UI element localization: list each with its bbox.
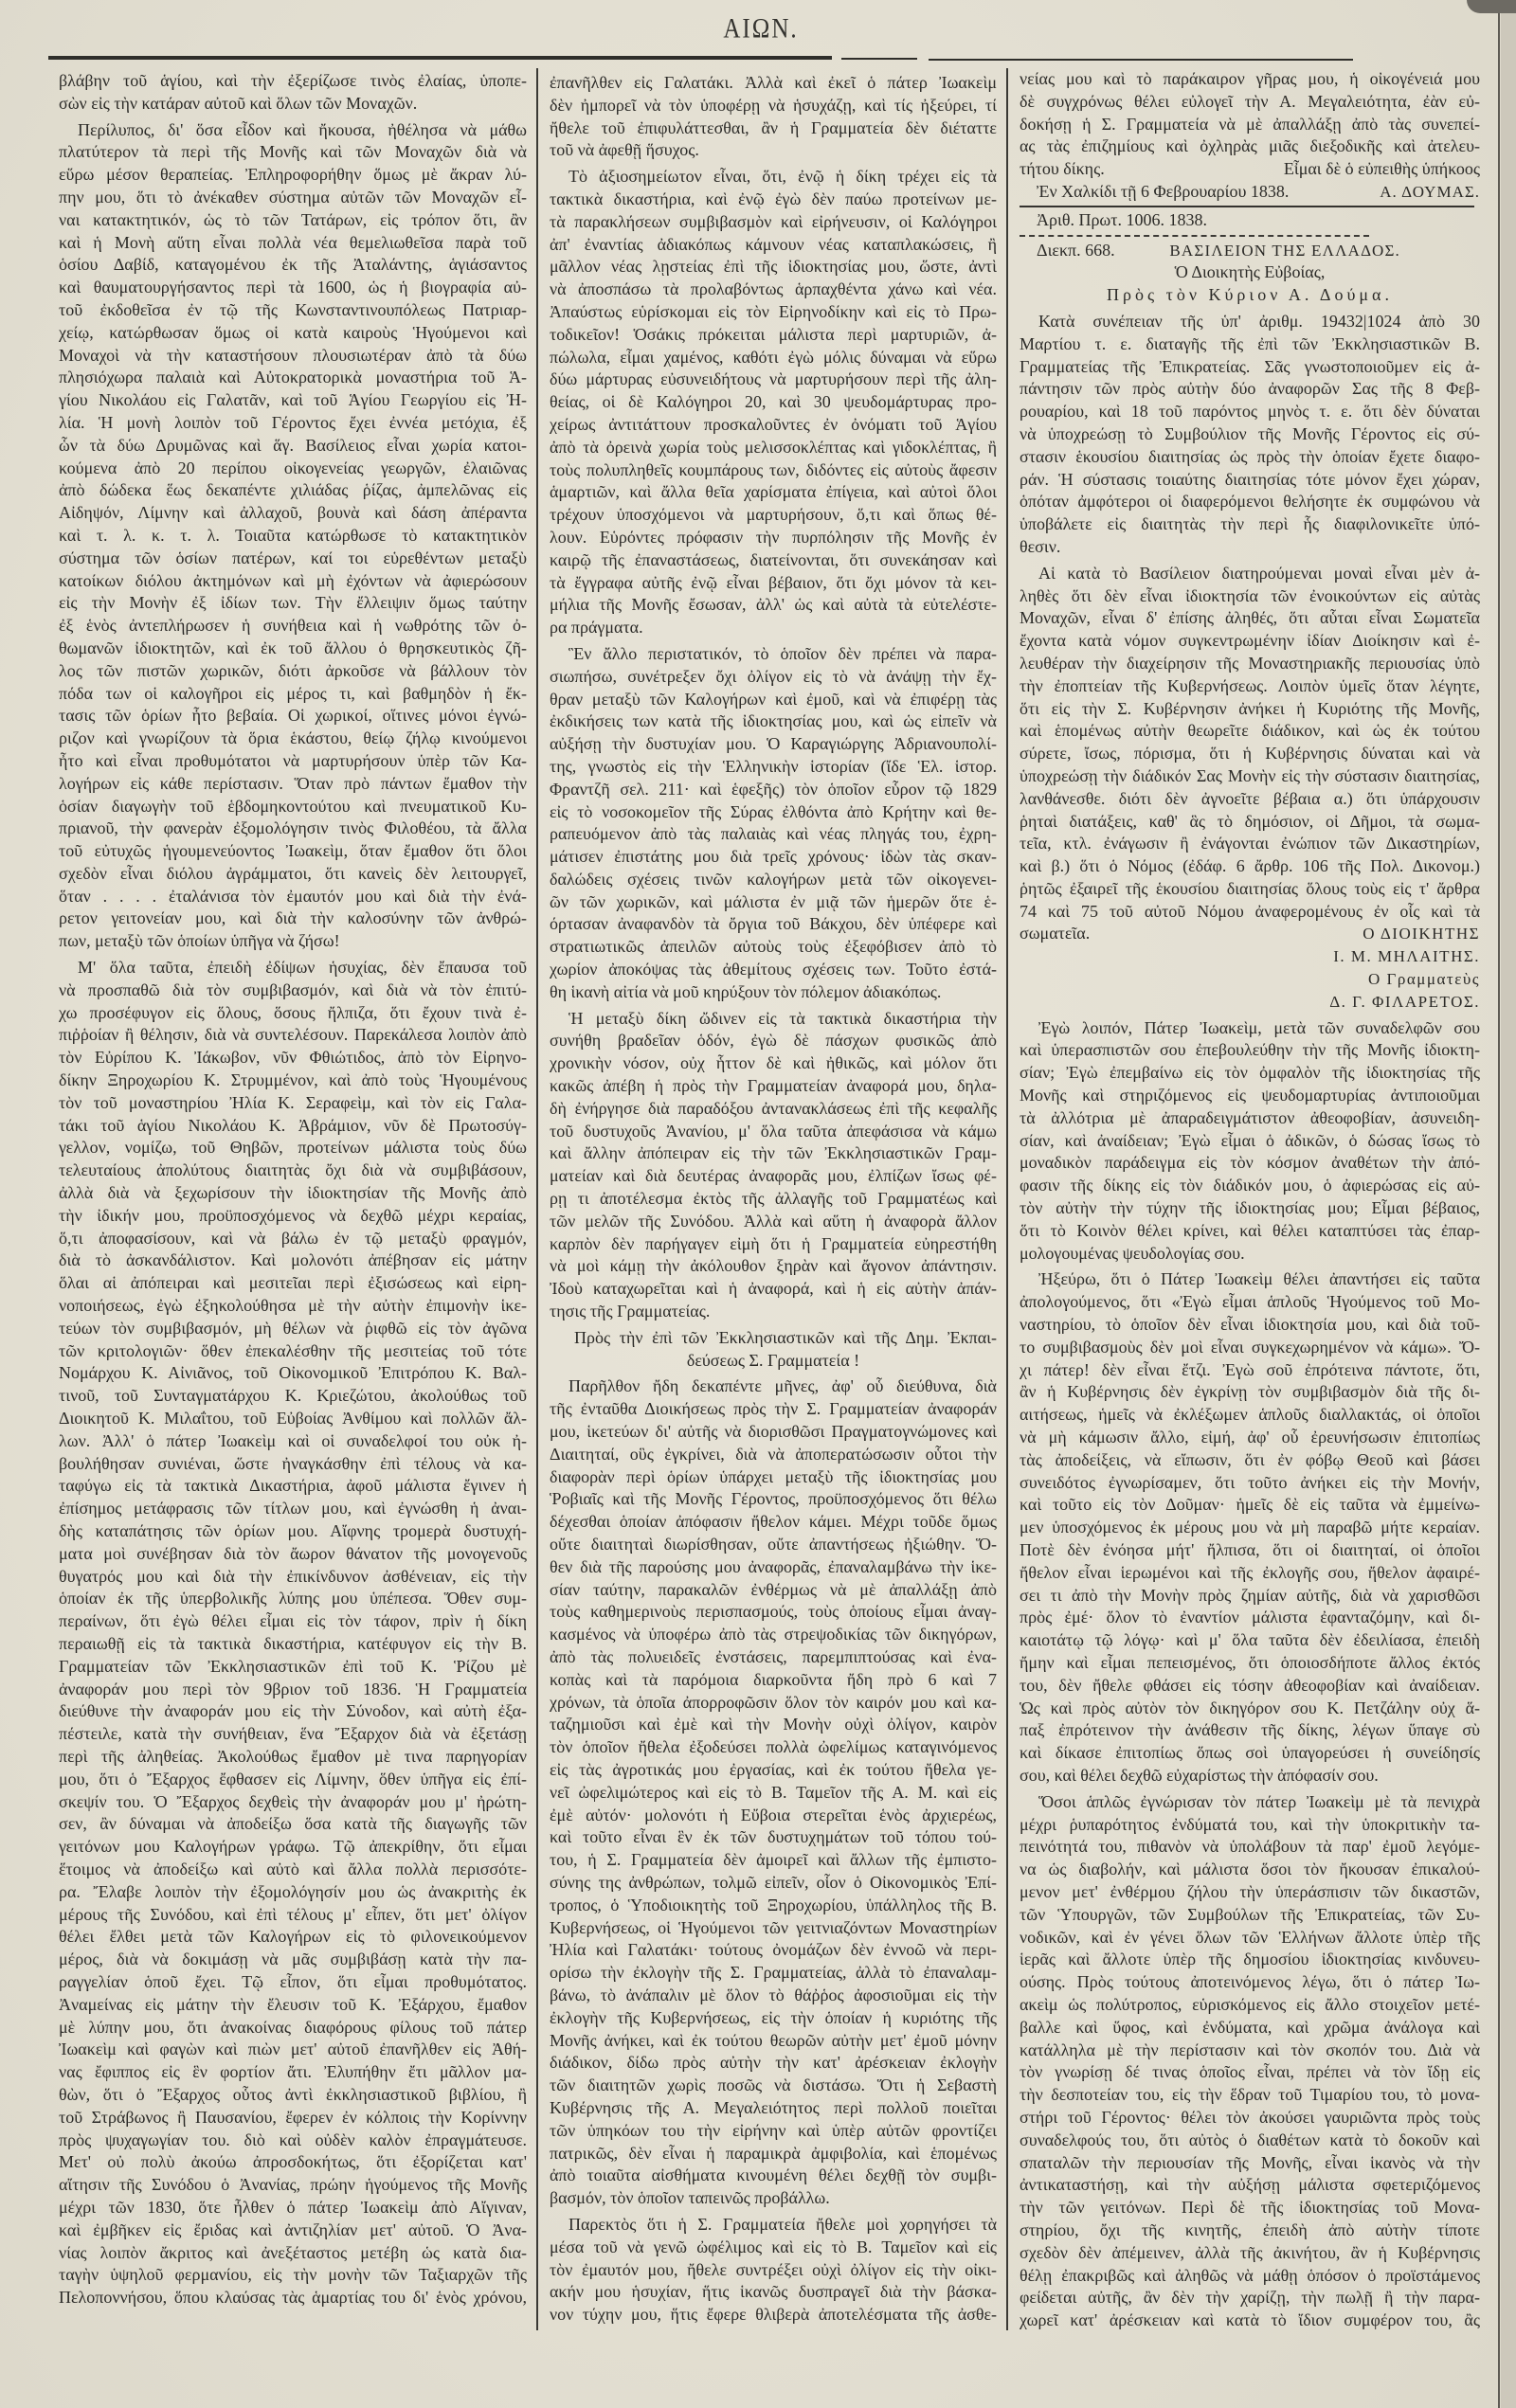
text-line-content: χι πάτερ! δὲν εἶναι ἔτζι. Ἐγὼ σοῦ ἐπρότε… <box>1020 1360 1480 1379</box>
text-line: θέλῃ ἐπακριβῶς καὶ ἀληθῶς νὰ μάθῃ ὁπόσον… <box>1020 2265 1480 2288</box>
text-line: ακεὶμ ὡς πολύτροπος, εὑρισκόμενος εἰς ἄλ… <box>1020 1994 1480 2017</box>
text-line-content: λογήρων εἰς κάθε περίστασιν. Ὅταν πρὸ πά… <box>59 774 527 793</box>
text-line: ὁσίαν διαγωγὴν τοῦ ἑβδομηκοντούτου καὶ π… <box>59 796 527 818</box>
text-line-content: καὶ ἡ Μονὴ αὕτη εἶναι πολλὰ νέα θεμελιωθ… <box>59 233 527 252</box>
text-line-content: νοποιήσεως, ἐγὼ ἐξηκολούθησα μὲ τὴν αὐτὴ… <box>59 1296 527 1315</box>
text-line-content: λευθέραν τὴν διαχείρησιν τῆς Μοναστηριακ… <box>1020 654 1480 673</box>
text-line: νὰ ὑποχρεώσῃ τὸ Συμβούλιον τῆς Μονῆς Γέρ… <box>1020 423 1480 446</box>
text-line: σύρετε, ἴσως, πόρισμα, ὅτι ἡ Κυβέρνησις … <box>1020 743 1480 765</box>
text-line-content: Μονῆς ἀνήκει, καὶ ἐκ τούτου θεωρῶν αὐτὴν… <box>550 2031 997 2050</box>
text-line: πλατύτερον τὰ περὶ τῆς Μονῆς καὶ τῶν Μον… <box>59 141 527 164</box>
text-line: Ἀναμείνας εἰς μάτην τὴν ἔλευσιν τοῦ Κ. Ἐ… <box>59 1994 527 2017</box>
text-line-content: καὶ τοῦτο εἶναι ἓν ἐκ τῶν δυστυχημάτων τ… <box>550 1827 997 1846</box>
text-line-content: Γραμματείαν τῶν Ἐκκλησιαστικῶν ἐπὶ τοῦ Κ… <box>59 1657 527 1676</box>
text-line: βλάβην τοῦ ἁγίου, καὶ τὴν ἐξερίζωσε τινὸ… <box>59 70 527 93</box>
text-line: τασις τῶν ὁρίων ἦτο βεβαία. Οἱ χωρικοί, … <box>59 705 527 728</box>
text-line-content: λία. Ἡ μονὴ λοιπὸν τοῦ Γέροντος ἔχει ἐνν… <box>59 413 527 432</box>
text-line-content: φείδεται αὐτῆς, ἂν δὲν τὴν χαρίζῃ, τὴν π… <box>1020 2288 1480 2307</box>
text-line: λογήρων εἰς κάθε περίστασιν. Ὅταν πρὸ πά… <box>59 773 527 796</box>
text-line-content: νὰ μὴ κάμωσιν ἄλλο, εἰμή, ἀφ' οὗ ἐρευνήσ… <box>1020 1428 1480 1447</box>
text-line-content: μέχρι ῥυπαρότητος ἐνδύματά του, καὶ τὴν … <box>1020 1815 1480 1834</box>
text-line-content: ἐξ ἑνὸς ἀντεπλήρωσεν ἡ συνήθεια καὶ ἡ νω… <box>59 616 527 635</box>
text-line-content: Παρεκτὸς ὅτι ἡ Σ. Γραμματεία ἤθελε μοὶ χ… <box>568 2215 997 2234</box>
text-line-content: βασμόν, τὸν ὁποῖον ταπεινῶς προβάλλω. <box>550 2188 830 2207</box>
text-line: σπαταλῶν τὴν περιουσίαν τῆς Μονῆς, εἶναι… <box>1020 2152 1480 2175</box>
text-line-content: του, ἡ Σ. Γραμματεία δὲν ἀμοιρεῖ καὶ ἄλλ… <box>550 1850 997 1869</box>
text-line: Παρεκτὸς ὅτι ἡ Σ. Γραμματεία ἤθελε μοὶ χ… <box>550 2214 997 2237</box>
text-line-content: τὴν τῶν γειτόνων. Περὶ δὲ τῆς ἰδιοκτησία… <box>1020 2198 1480 2217</box>
text-line-content: μέχρι τῶν 1830, ὅτε ἦλθεν ὁ πάτερ Ἰωακεὶ… <box>59 2198 527 2217</box>
text-line-content: πρὸς ψυχαγωγίαν του. διὸ καὶ οὐδὲν καλὸν… <box>59 2130 527 2149</box>
text-line-content: τοὺς καθημερινοὺς περισπασμούς, τοὺς ὁπο… <box>550 1602 997 1621</box>
text-line: τὰ ἔγγραφα αὐτῆς ἐνῷ εἶναι βέβαιον, ὅτι … <box>550 572 997 595</box>
text-line: καὶ θαυματουργήσαντος περὶ τὰ 1600, ὡς ἡ… <box>59 277 527 299</box>
text-line-content: δὲ συγχρόνως θέλει εὐλογεῖ τὴν Α. Μεγαλε… <box>1020 92 1480 111</box>
text-line-content: καὶ δίκασε ἐπιτοπίως ὅπως σοὶ ὑπαγορεύσε… <box>1020 1743 1480 1762</box>
text-line: τὴν ἐποπτείαν τῆς Κυβερνήσεως. Λοιπὸν ὑμ… <box>1020 675 1480 698</box>
text-line-content: ἀναφοράν μου περὶ τὸν 9βριον τοῦ 1836. Ἡ… <box>59 1680 527 1698</box>
text-line-content: ακεὶμ ὡς πολύτροπος, εὑρισκόμενος εἰς ἄλ… <box>1020 1995 1480 2014</box>
text-line-content: λων. Ἀλλ' ὁ πάτερ Ἰωακεὶμ καὶ οἱ συναδελ… <box>59 1431 527 1450</box>
text-line: ούσης. Πρὸς τούτους ἀποτεινόμενος λέγω, … <box>1020 1971 1480 1994</box>
text-line-content: ταζημιοῦσι καὶ ἐμὲ καὶ τὴν Μονὴν οὐχὶ ὀλ… <box>550 1715 997 1734</box>
text-line: φασιν τῆς δίκης εἰς τὸν διάδικόν μου, ὁ … <box>1020 1175 1480 1197</box>
text-line-content: θυγατρός μου καὶ διὰ τὴν ἐπικίνδυνον ἀσθ… <box>59 1567 527 1586</box>
text-line-content: πατρικῶς, δὲν εἶναι ἡ παραμικρὰ ἀμφιβολί… <box>550 2144 997 2163</box>
text-line-content: 74 καὶ 75 τοῦ αὐτοῦ Νόμου ἀναφερομένους … <box>1020 902 1480 921</box>
text-line-content: μᾶλλον νέας λῃστείας ἐπὶ τῆς ἰδιοκτησίας… <box>550 257 997 276</box>
text-line-content: νείας μου καὶ τὸ παράκαιρον γῆρας μου, ἡ… <box>1020 69 1480 88</box>
text-line-content: λουν. Εὑρόντες πρόφασιν τὴν πυρπόλησιν τ… <box>550 528 997 547</box>
text-line: σου, καὶ θέλει δεχθῶ εὐχαρίστως τὴν ἀπόφ… <box>1020 1765 1480 1788</box>
text-line-content: καὶ β.) ὅτι ὁ Νόμος (ἐδάφ. 6 ἄρθρ. 106 τ… <box>1020 856 1480 875</box>
text-line: καὶ ἑπομένως αὐτὴν θεωρεῖτε διάδικον, κα… <box>1020 720 1480 743</box>
text-line-content: περὶ τῆς ἀληθείας. Ἀκολούθως ἔμαθον μὲ τ… <box>59 1747 527 1766</box>
text-line: Διαιτηταί, οὓς ἐγκρίνει, διὰ νὰ ἀποπερατ… <box>550 1444 997 1466</box>
section-heading: Πρὸς τὴν ἐπὶ τῶν Ἐκκλησιαστικῶν καὶ τῆς … <box>550 1327 997 1373</box>
text-line-content: νοδικῶν, καὶ ἐν γένει ὅλων τῶν Ἑλλήνων ἄ… <box>1020 1928 1480 1947</box>
text-line-content: τὸν ὁποῖον ἤθελα ἐξοδεύσει πολλὰ ὠφελίμω… <box>550 1737 997 1756</box>
closing-line: τήτου δίκης.Εἶμαι δὲ ὁ εὐπειθὴς ὑπήκοος <box>1020 158 1480 181</box>
text-line: πριανοῦ, τὴν φανερὰν ἐξομολόγησιν τινὸς … <box>59 818 527 840</box>
text-line: Μονῆς ἀνήκει, καὶ ἐκ τούτου θεωρῶν αὐτὴν… <box>550 2030 997 2053</box>
text-line: περὶ τῆς ἀληθείας. Ἀκολούθως ἔμαθον μὲ τ… <box>59 1746 527 1769</box>
text-line-content: Μ' ὅλα ταῦτα, ἐπειδὴ ἐδίψων ἡσυχίας, δὲν… <box>78 958 527 977</box>
text-line-content: δὴς καταπάτησις τῶν ὁρίων μου. Αἴφνης τρ… <box>59 1521 527 1540</box>
text-line: ἂν ἡ Κυβέρνησις δὲν ἐγκρίνῃ τὸν συμβιβασ… <box>1020 1381 1480 1404</box>
text-line-content: Μοναχοὶ νὰ τὴν καταστήσουν πλουσιωτέραν … <box>59 346 527 365</box>
text-line: σχεδὸν εἶναι διόλου ἀγράμματοι, ὅτι κανε… <box>59 863 527 886</box>
text-line: ὅτι εἰς τὴν Σ. Κυβέρνησιν ἀνήκει ἡ Κυριό… <box>1020 698 1480 721</box>
text-line: καὶ τοῦτο εἶναι ἓν ἐκ τῶν δυστυχημάτων τ… <box>550 1826 997 1849</box>
text-line: δοκήσῃ ἡ Σ. Γραμματεία νὰ μὲ ἀπαλλάξῃ ἀπ… <box>1020 114 1480 136</box>
text-line-content: δέχεσθαι ὁποίαν ἀπόφασιν ἤθελον κάμει. Μ… <box>550 1512 997 1531</box>
text-line: τακτικὰ δικαστήρια, καὶ ἐνῷ ἐγὼ δὲν παύω… <box>550 189 997 211</box>
text-line-content: διαφορὰν περὶ ὁρίων ὑπάρχει μεταξὺ τῆς ἰ… <box>550 1467 997 1486</box>
text-line-content: περαίνων, ὅτι ἐγὼ θέλει εἶμαι εἰς τὸν τά… <box>59 1611 527 1630</box>
text-line-content: βλάβην τοῦ ἁγίου, καὶ τὴν ἐξερίζωσε τινὸ… <box>59 71 527 90</box>
text-line-content: γίου Νικολάου εἰς Γαλατᾶν, καὶ τοῦ Ἁγίου… <box>59 390 527 409</box>
text-line-content: ἤμην καὶ εἶμαι πεπεισμένος, ὅτι ὁποιοσδή… <box>1020 1653 1480 1672</box>
text-line-content: τοῦ ἐκδοθεῖσα ἐν τῷ τῆς Κωνσταντινουπόλε… <box>59 300 527 319</box>
text-line-content: ἐκλογὴν τῆς Κυβερνήσεως, εἰς τὴν ὁποίαν … <box>550 2008 997 2027</box>
text-line-content: ἀπ' ἐναντίας ἀδιακόπως κάμνουν νέας κατα… <box>550 235 997 254</box>
text-line: πάντησιν τῶν πρὸς αὐτὴν δύο ἀναφορῶν Σας… <box>1020 378 1480 401</box>
text-line-content: πάντησιν τῶν πρὸς αὐτὴν δύο ἀναφορῶν Σας… <box>1020 379 1480 398</box>
text-line: ας τὰς ἐπιζημίους καὶ ὀχληρὰς μιᾶς διεξο… <box>1020 135 1480 158</box>
text-line: καὶ ἄλλην ἀπόπειραν εἰς τὴν τῶν Ἐκκλησια… <box>550 1142 997 1165</box>
text-line: ἤμην καὶ εἶμαι πεπεισμένος, ὅτι ὁποιοσδή… <box>1020 1652 1480 1675</box>
text-line-content: εἰς τὰς ἀγροτικάς μου ἐργασίας, καὶ ἐκ τ… <box>550 1760 997 1779</box>
text-line: καρπὸν δὲν παρήγαγεν εἰμὴ ὅτι ἡ Γραμματε… <box>550 1233 997 1256</box>
heading-line: δεύσεως Σ. Γραμματεία ! <box>550 1350 997 1373</box>
text-line: πλησιόχωρα παλαιὰ καὶ Αὐτοκρατορικὰ μονα… <box>59 367 527 389</box>
text-line-content: δὲν ἠμπορεῖ νὰ τὸν ὑποφέρῃ νὰ ἡσυχάζῃ, κ… <box>550 96 997 115</box>
text-line-content: στασιν ἑκουσίου διαιτησίας ὡς πρὸς τὴν ὁ… <box>1020 447 1480 466</box>
text-line: ἐπίσημος μετάφρασις τῶν τίτλων μου, καὶ … <box>59 1498 527 1520</box>
text-line-content: διὰ τὸ ἀσκανδάλιστον. Καὶ μολονότι ἀπέβη… <box>59 1250 527 1269</box>
text-line-content: ὑποχρεώσῃ τὴν διάδικόν Σας Μονὴν εἰς τὴν… <box>1020 766 1480 785</box>
text-line-content: σωματεῖα. <box>1020 923 1090 945</box>
text-line-content: ἂν ἡ Κυβέρνησις δὲν ἐγκρίνῃ τὸν συμβιβασ… <box>1020 1382 1480 1401</box>
text-line: Κατὰ συνέπειαν τῆς ὑπ' ἀριθμ. 19432|1024… <box>1020 311 1480 333</box>
text-line: του, ἡ Σ. Γραμματεία δὲν ἀμοιρεῖ καὶ ἄλλ… <box>550 1849 997 1872</box>
text-line: μάτισεν ἐπιστάτης μου διὰ τρεῖς χρόνους·… <box>550 846 997 869</box>
text-line: τὸν ἐμαυτόν μου, ἤθελε συντρέξει οὐχὶ ὀλ… <box>550 2259 997 2282</box>
text-line-content: Ἀπαύστως εὑρίσκομαι εἰς τὸν Εἰρηνοδίκην … <box>550 302 997 321</box>
text-line: ὑποχρεώσῃ τὴν διάδικόν Σας Μονὴν εἰς τὴν… <box>1020 765 1480 788</box>
text-line: βουλήθησαν συνιέναι, ὥστε ἠναγκάσθην ἐπὶ… <box>59 1453 527 1476</box>
column-3: νείας μου καὶ τὸ παράκαιρον γῆρας μου, ἡ… <box>1020 68 1480 2332</box>
text-line: τῶν μελῶν τῆς Συνόδου. Ἀλλὰ καὶ αὕτη ἡ ἀ… <box>550 1211 997 1233</box>
text-line: τάκι τοῦ ἁγίου Νικολάου Κ. Ἀβράμιον, νῦν… <box>59 1115 527 1138</box>
text-line: νεῖ ὠφελιμώτερος καὶ εἰς τὸ Β. Ταμεῖον τ… <box>550 1782 997 1805</box>
text-line-content: καὶ θαυματουργήσαντος περὶ τὰ 1600, ὡς ἡ… <box>59 278 527 297</box>
text-line: μολογουμένας ψευδολογίας σου. <box>1020 1243 1480 1266</box>
text-line: κατάλληλα μὲ τὴν περίστασιν καὶ τὸν σκοπ… <box>1020 2040 1480 2062</box>
text-line-content: ἀπὸ δώδεκα ἕως δεκαπέντε χιλιάδας ῥίζας,… <box>59 480 527 499</box>
text-line: στρατιωτικῶς ἀπειλῶν αὐτοὺς τοὺς ἐξεφόβι… <box>550 936 997 959</box>
text-line-content: ὑποβάλετε εἰς διαιτητὰς τὴν περὶ ἧς διαφ… <box>1020 514 1480 533</box>
text-line-content: τὸν Εὐρίπου Κ. Ἰάκωβον, νῦν Φθιώτιδος, ἀ… <box>59 1048 527 1067</box>
text-line-content: χω προσέφυγον εἰς ὅλους, ὅσους ἤλπιζα, ὅ… <box>59 1003 527 1022</box>
text-line-content: πιῤῥοίαν ἢ θέλησιν, διὰ νὰ συντελέσουν. … <box>59 1025 527 1044</box>
horizontal-rule <box>1020 206 1474 207</box>
text-line-content: τὰ ἀλλότρια μὲ ἀπαραδειγμάτιστον ἀθεοφοβ… <box>1020 1108 1480 1127</box>
text-line: ἀπὸ τοιαῦτα αἰσθήματα κινουμένη θέλει δε… <box>550 2165 997 2187</box>
text-line: Αἱ κατὰ τὸ Βασίλειον διατηρούμεναι μοναὶ… <box>1020 563 1480 585</box>
text-line: τινοῦ, τοῦ Συνταγματάρχου Κ. Κριεζώτου, … <box>59 1385 527 1408</box>
text-line: θὼν, ὅτι ὁ Ἔξαρχος οὗτος ἀντὶ ἐκκλησιαστ… <box>59 2084 527 2107</box>
text-line: τῆς ἐνταῦθα Διοικήσεως πρὸς τὴν Σ. Γραμμ… <box>550 1398 997 1421</box>
closing-formula: Εἶμαι δὲ ὁ εὐπειθὴς ὑπήκοος <box>1284 158 1480 181</box>
text-line-content: ὅταν . . . . ἐταλάνισα τὸν ἐμαυτόν μου κ… <box>59 887 527 906</box>
text-line-content: ὁσίου Δαβίδ, καταγομένου ἐκ τῆς Ἀταλάντη… <box>59 255 527 274</box>
text-line: ἀντικαταστήσῃ, καὶ τὴν αὐξήσῃ μάλιστα σφ… <box>1020 2174 1480 2197</box>
text-line: νὰ προσπαθῶ διὰ τὸν συμβιβασμόν, καὶ διὰ… <box>59 979 527 1002</box>
text-line: Ἡ μεταξὺ δίκη ὤδινεν εἰς τὰ τακτικὰ δικα… <box>550 1008 997 1031</box>
text-line: δέχεσθαι ὁποίαν ἀπόφασιν ἤθελον κάμει. Μ… <box>550 1511 997 1534</box>
text-line-content: εἰς τὴν Μονὴν ἐξ ἰδίων των. Τὴν ἔλλειψιν… <box>59 593 527 612</box>
text-line: τὰς ἀποδείξεις, νὰ εἴπωσιν, ὅτι ἐν φόβῳ … <box>1020 1449 1480 1472</box>
text-line: σει τι ἀπὸ τὴν Μονὴν πρὸς ζημίαν αὐτῆς, … <box>1020 1585 1480 1608</box>
text-line-content: Φραντζῆ σελ. 211· καὶ ἑφεξῆς) τὸν ὁποῖον… <box>550 780 997 799</box>
text-line-content: ὁπόταν ἀμφότεροι οἱ διαφερόμενοι θελήσητ… <box>1020 492 1480 511</box>
text-line-content: τὰ παρακλήσεων συμβιβασμὸν καὶ εἰρήνευσι… <box>550 212 997 231</box>
text-line: ἕτοιμος νὰ ἀποδείξω καὶ αὐτὸ καὶ ἄλλα πο… <box>59 1859 527 1881</box>
text-line-content: ἔχοντα κατὰ νόμον συγκεντρωμένην ἰδίαν Δ… <box>1020 631 1480 650</box>
text-line-content: Διαιτηταί, οὓς ἐγκρίνει, διὰ νὰ ἀποπερατ… <box>550 1445 997 1464</box>
text-line: καὶ τοῦτο εἰς τὸν Δοῦμαν· ἡμεῖς δὲ εἰς τ… <box>1020 1494 1480 1517</box>
text-line: νὰ μοὶ κάμῃ τὴν ἀκόλουθον ξηρὰν καὶ ἄγον… <box>550 1255 997 1278</box>
text-line: Περίλυπος, δι' ὅσα εἶδον καὶ ἤκουσα, ἠθέ… <box>59 119 527 142</box>
text-line: νον τύχην μου, ἥτις ἔφερε θλιβερὰ ἀποτελ… <box>550 2304 997 2327</box>
text-line: λος τῶν πιστῶν χωρικῶν, διότι ἀρκοῦσε νὰ… <box>59 660 527 683</box>
text-line: Κυβέρνησις τῆς Α. Μεγαλειότητος περὶ πολ… <box>550 2097 997 2120</box>
text-line-content: ματείαν καὶ διὰ δευτέρας ἀναφορᾶς μου, ἐ… <box>550 1166 997 1185</box>
text-line: κούμενα ἀπὸ 20 περίπου οἰκογενείας γεωργ… <box>59 458 527 480</box>
text-line: ἀπ' ἐναντίας ἀδιακόπως κάμνουν νέας κατα… <box>550 234 997 257</box>
text-line-content: ἦτο καὶ εἶναι προθυμότατοι νὰ μαρτυρήσου… <box>59 751 527 770</box>
text-line: διὰ τὸ ἀσκανδάλιστον. Καὶ μολονότι ἀπέβη… <box>59 1249 527 1272</box>
text-line: ἱερᾶς καὶ ἄλλοτε ὑπὲρ τῆς δημοσίου ἰδιοκ… <box>1020 1949 1480 1971</box>
text-line: χωρεῖ κατ' ἀρέσκειαν καὶ κατὰ τὸ ἴδιον σ… <box>1020 2309 1480 2332</box>
text-line-content: μὲ λύπην μου, ὅτι ἀνακοίνας διαφόρους φί… <box>59 2018 527 2037</box>
text-line: βασμόν, τὸν ὁποῖον ταπεινῶς προβάλλω. <box>550 2187 997 2210</box>
text-line-content: αἴτησιν τῆς Συνόδου ὁ Ἀνανίας, πρώην ἡγο… <box>59 2175 527 2194</box>
text-line: αἴτησιν τῆς Συνόδου ὁ Ἀνανίας, πρώην ἡγο… <box>59 2174 527 2197</box>
text-line: τελευταίους ἀπολύτους διαιτητὰς ὄχι διὰ … <box>59 1159 527 1182</box>
text-line-content: τὰ ἔγγραφα αὐτῆς ἐνῷ εἶναι βέβαιον, ὅτι … <box>550 573 997 592</box>
text-line: νὰ ἀποσπάσω τὰ προλαβόντως ἁρπαχθέντα χά… <box>550 279 997 301</box>
issuer-line: Ὁ Διοικητὴς Εὐβοίας, <box>1020 261 1480 284</box>
text-line: Ῥοβιαῖς καὶ τῆς Μονῆς Γέροντος, προϋποσχ… <box>550 1488 997 1511</box>
text-line: μου, ὅτι ὁ Ἔξαρχος ἔφθασεν εἰς Λίμνην, ὅ… <box>59 1769 527 1791</box>
text-line: δὲν ἠμπορεῖ νὰ τὸν ὑποφέρῃ νὰ ἡσυχάζῃ, κ… <box>550 95 997 117</box>
text-line: τῶν ὑπηκόων του τὴν εἰρήνην καὶ ὑπὲρ αὐτ… <box>550 2120 997 2143</box>
text-line: τησις τῆς Γραμματείας. <box>550 1301 997 1323</box>
text-line-content: πέστειλε, κατὰ τὴν συνήθειαν, ἕνα Ἔξαρχο… <box>59 1724 527 1743</box>
text-line-content: τακτικὰ δικαστήρια, καὶ ἐνῷ ἐγὼ δὲν παύω… <box>550 189 997 208</box>
text-line: ἀπὸ τὰ ὀρεινὰ χωρία τοὺς μελισσοκλέπτας … <box>550 437 997 459</box>
signatory-title: Ο ΔΙΟΙΚΗΤΗΣ <box>1363 923 1480 945</box>
text-line: θέλει ἔλθει μετὰ τῶν Καλογήρων εἰς τὸ φι… <box>59 1926 527 1949</box>
signature-block: Ι. Μ. ΜΗΛΑΙΤΗΣ.Ο ΓραμματεὺςΔ. Γ. ΦΙΛΑΡΕΤ… <box>1020 945 1480 1013</box>
text-line-content: κούμενα ἀπὸ 20 περίπου οἰκογενείας γεωργ… <box>59 458 527 477</box>
text-line: χρόνων, τὰ ὁποῖα ἀπορροφῶσιν ὅλον τὸν κα… <box>550 1692 997 1715</box>
author-signature: Α. ΔΟΥΜΑΣ. <box>1380 181 1480 204</box>
place-date: Ἐν Χαλκίδι τῇ 6 Φεβρουαρίου 1838. <box>1020 181 1289 204</box>
text-line: θυγατρός μου καὶ διὰ τὴν ἐπικίνδυνον ἀσθ… <box>59 1566 527 1589</box>
text-line: σὼν εἰς τὴν κατάραν αὐτοῦ καὶ ὅλων τῶν Μ… <box>59 93 527 116</box>
text-line-content: κασμένος νὰ ὑποφέρω ἀπὸ τὰς στρεψοδικίας… <box>550 1625 997 1644</box>
text-line-content: στήρι τοῦ Γέροντος· θέλει τὸν ἀκούσει γα… <box>1020 2108 1480 2127</box>
text-line-content: αιτήσεως, ἡμεῖς νὰ ἐκλέξωμεν ἁπλοῦς διαλ… <box>1020 1405 1480 1424</box>
text-line: τῶν Ὑπουργῶν, τῶν Συμβούλων τῆς Ἐπικρατε… <box>1020 1904 1480 1927</box>
text-line: νοποιήσεως, ἐγὼ ἐξηκολούθησα μὲ τὴν αὐτὴ… <box>59 1295 527 1318</box>
text-line-content: καὶ ὑπερασπιστῶν σου ἐπεβουλεύθην τὴν τῆ… <box>1020 1040 1480 1059</box>
paragraph: Αἱ κατὰ τὸ Βασίλειον διατηρούμεναι μοναὶ… <box>1020 563 1480 924</box>
signature-line: Δ. Γ. ΦΙΛΑΡΕΤΟΣ. <box>1020 991 1480 1014</box>
text-line: καὶ δίκασε ἐπιτοπίως ὅπως σοὶ ὑπαγορεύσε… <box>1020 1742 1480 1765</box>
text-line: στήρι τοῦ Γέροντος· θέλει τὸν ἀκούσει γα… <box>1020 2107 1480 2129</box>
text-line: βάνω, τὸ ἀνάπαλιν μὲ ὅλον τὸ θάῤῥος ἀφοσ… <box>550 1985 997 2007</box>
text-line-content: ὅ,τι ἀποφασίσουν, καὶ νὰ βάλω ἐν τῷ μετα… <box>59 1229 527 1248</box>
text-line-content: νας ἔφιππος εἰς ἓν φορτίον ἄτι. Ἐλυπήθην… <box>59 2062 527 2081</box>
text-line-content: πην μου, ὅτι τὸ ἀνέκαθεν σύστημα αὐτῶν τ… <box>59 188 527 207</box>
text-line: χείῳ, κατώρθωσαν ὅμως οἱ κατὰ καιροὺς Ἡγ… <box>59 322 527 345</box>
text-line: ὁσίου Δαβίδ, καταγομένου ἐκ τῆς Ἀταλάντη… <box>59 254 527 277</box>
text-line: ματείαν καὶ διὰ δευτέρας ἀναφορᾶς μου, ἐ… <box>550 1165 997 1188</box>
text-line: Μονῆς καὶ στηριζόμενος εἰς ψευδομαρτυρία… <box>1020 1085 1480 1107</box>
text-line: χείρως ἀντιτάττουν προσκαλοῦντες ἐν ὀνόμ… <box>550 414 997 437</box>
text-line: χρονικὴν νόσον, οὐχ ἧττον δὲ καὶ ἠθικῶς,… <box>550 1052 997 1075</box>
text-line-content: ἤθελε τοῦ ἐπιφυλάττεσθαι, ἂν ἡ Γραμματεί… <box>550 118 997 137</box>
text-line: τὴν δεσποτείαν του, εἰς τὴν ἕδραν τοῦ Τι… <box>1020 2084 1480 2107</box>
text-line: ῶν τῶν χωρικῶν, καὶ μάλιστα ἐν μιᾷ τῶν ἡ… <box>550 891 997 914</box>
text-line-content: τοῦ Στράβωνος ἢ Παυσανίου, ἔφερεν ἐν κόλ… <box>59 2108 527 2127</box>
text-line: πιῤῥοίαν ἢ θέλησιν, διὰ νὰ συντελέσουν. … <box>59 1024 527 1047</box>
text-line: Ἀπαύστως εὑρίσκομαι εἰς τὸν Εἰρηνοδίκην … <box>550 301 997 324</box>
text-line-content: σχεδὸν δὲν ἀπέμεινεν, ἀλλὰ τῆς ἀκινήτου,… <box>1020 2243 1480 2262</box>
text-line-content: τὸν γνωρίσῃ δέ τινας ὁποῖος εἶναι, πρέπε… <box>1020 2062 1480 2081</box>
text-line-content: καὶ τοῦτο εἰς τὸν Δοῦμαν· ἡμεῖς δὲ εἰς τ… <box>1020 1495 1480 1514</box>
text-line: ἀλλὰ διὰ νὰ ξεχωρίσουν τὴν ἰδιοκτησίαν τ… <box>59 1182 527 1205</box>
text-line-content: τησις τῆς Γραμματείας. <box>550 1302 710 1321</box>
text-line: δίκην Ξηροχωρίου Κ. Στρυμμένον, καὶ ἀπὸ … <box>59 1069 527 1092</box>
paragraph: ἐπανῆλθεν εἰς Γαλατάκι. Ἀλλὰ καὶ ἐκεῖ ὁ … <box>550 72 997 162</box>
text-line-content: συναδελφούς του, ὅτι αὐτὸς ὁ διαθέτων κα… <box>1020 2130 1480 2149</box>
text-line: ῥηταὶ διατάξεις, καθ' ἃς τὸ δημόσιον, οἱ… <box>1020 811 1480 834</box>
text-line-content: ραγγελίαν ὁποῦ ἔχει. Τῷ εἶπον, ὅτι εἶμαι… <box>59 1972 527 1991</box>
text-line-content: Ποτὲ δὲν ἐνόησα μήτ' ἤλπισα, ὅτι οἱ διαι… <box>1020 1540 1480 1559</box>
text-line: φείδεται αὐτῆς, ἂν δὲν τὴν χαρίζῃ, τὴν π… <box>1020 2287 1480 2309</box>
text-line-content: παξ ἐπρότεινον τὴν ἀνάθεσιν τῆς δίκης, λ… <box>1020 1720 1480 1739</box>
text-line: τεῖα, κτλ. ἐνάγωσιν ἢ ἐνάγονται ἐνώπιον … <box>1020 833 1480 855</box>
text-line: κατοίκων διόλου ἀκτημόνων καὶ μὴ ἐχόντων… <box>59 570 527 593</box>
text-line: μεν ὑποσχόμενος ἐκ μέρους μου νὰ μὴ παρα… <box>1020 1517 1480 1539</box>
text-line: ρα. Ἔλαβε λοιπὸν τὴν ἐξομολόγησίν μου ὡς… <box>59 1881 527 1904</box>
text-line: τὸν ὁποῖον ἤθελα ἐξοδεύσει πολλὰ ὠφελίμω… <box>550 1736 997 1759</box>
text-line-content: Νομάρχου Κ. Αἰνιᾶνος, τοῦ Οἰκονομικοῦ Ἐπ… <box>59 1363 527 1382</box>
paragraph: Μ' ὅλα ταῦτα, ἐπειδὴ ἐδίψων ἡσυχίας, δὲν… <box>59 957 527 2309</box>
text-line: τοῦ δυστυχοῦς Ἀνανίου, μ' ὅλα ταῦτα ἀπεφ… <box>550 1121 997 1143</box>
text-line-content: σχεδὸν εἶναι διόλου ἀγράμματοι, ὅτι κανε… <box>59 864 527 883</box>
text-line-content: πεινότητά του, πιθανὸν νὰ ὑπολάβουν τὰ π… <box>1020 1837 1480 1856</box>
text-line: περαιωθῇ εἰς τὰ τακτικὰ δικαστήρια, κατέ… <box>59 1633 527 1656</box>
text-line: καιοτάτῳ τῷ λόγῳ· καὶ μ' ὅλα ταῦτα δὲν ἐ… <box>1020 1629 1480 1652</box>
paragraph: Ἡ μεταξὺ δίκη ὤδινεν εἰς τὰ τακτικὰ δικα… <box>550 1008 997 1323</box>
text-line: καιρῷ τῆς ἐπαναστάσεως, διατείνονται, ὅτ… <box>550 549 997 572</box>
text-line-content: ὅλαι αἱ ἀπόπειραι καὶ μεσιτεῖαι περὶ ἐξι… <box>59 1273 527 1292</box>
text-line-content: το συμβιβασμοὺς δὲν μοὶ εἶναι συγκεχωρημ… <box>1020 1338 1480 1357</box>
text-line-content: τὴν ἰδικήν μου, προϋποσχόμενος νὰ δεχθῶ … <box>59 1206 527 1225</box>
text-line-content: σου, καὶ θέλει δεχθῶ εὐχαρίστως τὴν ἀπόφ… <box>1020 1766 1379 1785</box>
text-line-content: κατοίκων διόλου ἀκτημόνων καὶ μὴ ἐχόντων… <box>59 571 527 590</box>
paragraph: Κατὰ συνέπειαν τῆς ὑπ' ἀριθμ. 19432|1024… <box>1020 311 1480 559</box>
text-line: σκεψίν του. Ὁ Ἔξαρχος δεχθεὶς τὴν ἀναφορ… <box>59 1791 527 1814</box>
signoff-line: σωματεῖα.Ο ΔΙΟΙΚΗΤΗΣ <box>1020 923 1480 945</box>
text-line-content: δαλώδεις σχέσεις τινῶν καλογήρων μετὰ τῶ… <box>550 870 997 889</box>
text-line-content: νίας λοιπὸν ἄκριτος καὶ ἀνεξέταστος μετέ… <box>59 2243 527 2262</box>
text-line: ἐξ ἑνὸς ἀντεπλήρωσεν ἡ συνήθεια καὶ ἡ νω… <box>59 615 527 638</box>
text-line: δύω μάρτυρας εὐσυνειδήτους νὰ μαρτυρήσου… <box>550 368 997 391</box>
text-line-content: της, γνωστὸς εἰς τὴν Ἑλληνικὴν ἱστορίαν … <box>550 757 997 776</box>
text-line: θείας, οἱ δὲ Καλόγηροι 20, καὶ 30 ψευδομ… <box>550 391 997 414</box>
text-line-content: ταφύγω εἰς τὰ τακτικὰ Δικαστήρια, ἀφοῦ μ… <box>59 1476 527 1495</box>
text-line-content: τοὺς πολυπληθεῖς κουμπάρους των, διδόντε… <box>550 460 997 479</box>
text-line: ἤθελον εἶναι ἱερωμένοι καὶ τῆς ἐκλογῆς σ… <box>1020 1562 1480 1585</box>
text-line-content: ρα πράγματα. <box>550 618 643 637</box>
text-line-content: ῶν τῶν χωρικῶν, καὶ μάλιστα ἐν μιᾷ τῶν ἡ… <box>550 892 997 911</box>
text-line: πην μου, ὅτι τὸ ἀνέκαθεν σύστημα αὐτῶν τ… <box>59 187 527 209</box>
masthead-rule-right <box>929 59 1353 61</box>
text-line-content: τὴν δεσποτείαν του, εἰς τὴν ἕδραν τοῦ Τι… <box>1020 2085 1480 2104</box>
dispatch-number: Διεκπ. 668. <box>1020 240 1115 262</box>
text-line: πεινότητά του, πιθανὸν νὰ ὑπολάβουν τὰ π… <box>1020 1836 1480 1859</box>
text-line-content: ἀπὸ τοιαῦτα αἰσθήματα κινουμένη θέλει δε… <box>550 2165 997 2184</box>
text-line: Παρῆλθον ἤδη δεκαπέντε μῆνες, ἀφ' οὗ διε… <box>550 1375 997 1398</box>
text-line: πέστειλε, κατὰ τὴν συνήθειαν, ἕνα Ἔξαρχο… <box>59 1723 527 1746</box>
text-line-content: ἐμὲ αὐτόν· μολονότι ἡ Εὔβοια στερεῖται ἑ… <box>550 1806 997 1824</box>
text-line: του, δὲν ἤθελε φθάσει εἰς τόσην ἀθεοφοβί… <box>1020 1675 1480 1698</box>
text-line: συναδελφούς του, ὅτι αὐτὸς ὁ διαθέτων κα… <box>1020 2129 1480 2152</box>
text-line-content: θεσιν. <box>1020 537 1060 556</box>
text-line-content: Τὸ ἀξιοσημείωτον εἶναι, ὅτι, ἐνῷ ἡ δίκη … <box>568 167 997 186</box>
text-line-content: ὧν τὰ δύω Δρυμῶνας καὶ ἅγ. Βασίλειος εἶν… <box>59 436 527 455</box>
text-line-content: αὐξήσῃ τὴν δυστυχίαν μου. Ὁ Καραγιώργης … <box>550 734 997 753</box>
text-line-content: διάδικον, δίδω πρὸς αὐτὴν τὴν κατ' ἀρέσκ… <box>550 2053 997 2072</box>
text-line-content: σεν, ἂν δύναμαι νὰ ἀποδείξω ὅσα κατὰ τῆς… <box>59 1814 527 1833</box>
text-line: πατρικῶς, δὲν εἶναι ἡ παραμικρὰ ἀμφιβολί… <box>550 2143 997 2165</box>
text-line-content: Γραμματείας τῆς Ἐπικρατείας. Σᾶς γνωστοπ… <box>1020 357 1480 376</box>
text-line-content: νὰ ἀποσπάσω τὰ προλαβόντως ἁρπαχθέντα χά… <box>550 279 997 298</box>
text-line: μᾶλλον νέας λῃστείας ἐπὶ τῆς ἰδιοκτησίας… <box>550 256 997 279</box>
text-line: Ὡς καὶ πρὸς αὐτὸν τὸν δικηγόρον σου Κ. Π… <box>1020 1698 1480 1720</box>
text-line: θεσιν. <box>1020 536 1480 559</box>
text-line: Ἐγὼ λοιπόν, Πάτερ Ἰωακεὶμ, μετὰ τῶν συνα… <box>1020 1017 1480 1040</box>
text-line: λία. Ἡ μονὴ λοιπὸν τοῦ Γέροντος ἔχει ἐνν… <box>59 412 527 435</box>
text-line: στασιν ἑκουσίου διαιτησίας ὡς πρὸς τὴν ὁ… <box>1020 446 1480 469</box>
page-edge-shadow <box>1501 0 1516 2408</box>
text-line-content: ἕτοιμος νὰ ἀποδείξω καὶ αὐτὸ καὶ ἄλλα πο… <box>59 1860 527 1878</box>
text-line-content: Ἰδοὺ καταχωρεῖται καὶ ἡ ἀναφορά, καὶ ἡ ε… <box>550 1279 997 1298</box>
text-line-content: σπαταλῶν τὴν περιουσίαν τῆς Μονῆς, εἶναι… <box>1020 2153 1480 2172</box>
text-line: νοδικῶν, καὶ ἐν γένει ὅλων τῶν Ἑλλήνων ἄ… <box>1020 1927 1480 1950</box>
text-line-content: καὶ ἑπομένως αὐτὴν θεωρεῖτε διάδικον, κα… <box>1020 721 1480 740</box>
text-line-content: τεῖα, κτλ. ἐνάγωσιν ἢ ἐνάγονται ἐνώπιον … <box>1020 834 1480 853</box>
text-line-content: κατάλληλα μὲ τὴν περίστασιν καὶ τὸν σκοπ… <box>1020 2040 1480 2059</box>
text-line: ραπευόμενον ἀπὸ τὰς παλαιὰς καὶ νέας πλη… <box>550 823 997 846</box>
text-line-content: γελλον, νομίζω, τοῦ Θηβῶν, προτείνων μάλ… <box>59 1138 527 1157</box>
text-line-content: Μονῆς καὶ στηριζόμενος εἰς ψευδομαρτυρία… <box>1020 1086 1480 1105</box>
text-line-content: Αἱ κατὰ τὸ Βασίλειον διατηρούμεναι μοναὶ… <box>1038 564 1480 583</box>
masthead-rule-left <box>48 56 832 60</box>
text-line-content: Ἡ μεταξὺ δίκη ὤδινεν εἰς τὰ τακτικὰ δικα… <box>568 1009 997 1028</box>
paragraph: Ὅσοι ἁπλῶς ἐγνώρισαν τὸν πάτερ Ἰωακεὶμ μ… <box>1020 1791 1480 2332</box>
text-line: δὲ συγχρόνως θέλει εὐλογεῖ τὴν Α. Μεγαλε… <box>1020 91 1480 114</box>
text-line-content: βαλλε καὶ ὕφος, καὶ ἐνδύματα, καὶ χρῶμα … <box>1020 2018 1480 2037</box>
text-line-content: Κατὰ συνέπειαν τῆς ὑπ' ἀριθμ. 19432|1024… <box>1038 312 1480 331</box>
text-line: πρὸς ἐμέ· ὅλον τὸ ἐναντίον μάλιστα ἐφαντ… <box>1020 1607 1480 1629</box>
text-line: εἰς τὰς ἀγροτικάς μου ἐργασίας, καὶ ἐκ τ… <box>550 1759 997 1782</box>
text-line: ἀπολογούμενος, ὅτι «Ἐγὼ εἶμαι ἁπλοῦς Ἡγο… <box>1020 1291 1480 1314</box>
text-line-content: ὁσίαν διαγωγὴν τοῦ ἑβδομηκοντούτου καὶ π… <box>59 797 527 816</box>
text-line: χωρίον ἀποκόψας τὰς ἀθεμίτους σχέσεις τω… <box>550 959 997 981</box>
text-line-content: σίαν, καὶ ἀναίδειαν; Ἐγὼ εἶμαι ὁ ἀδικῶν,… <box>1020 1131 1480 1150</box>
text-line: ρουαρίου, καὶ 18 τοῦ παρόντος μηνὸς τ. ε… <box>1020 401 1480 423</box>
text-line-content: ἐπανῆλθεν εἰς Γαλατάκι. Ἀλλὰ καὶ ἐκεῖ ὁ … <box>550 73 997 92</box>
